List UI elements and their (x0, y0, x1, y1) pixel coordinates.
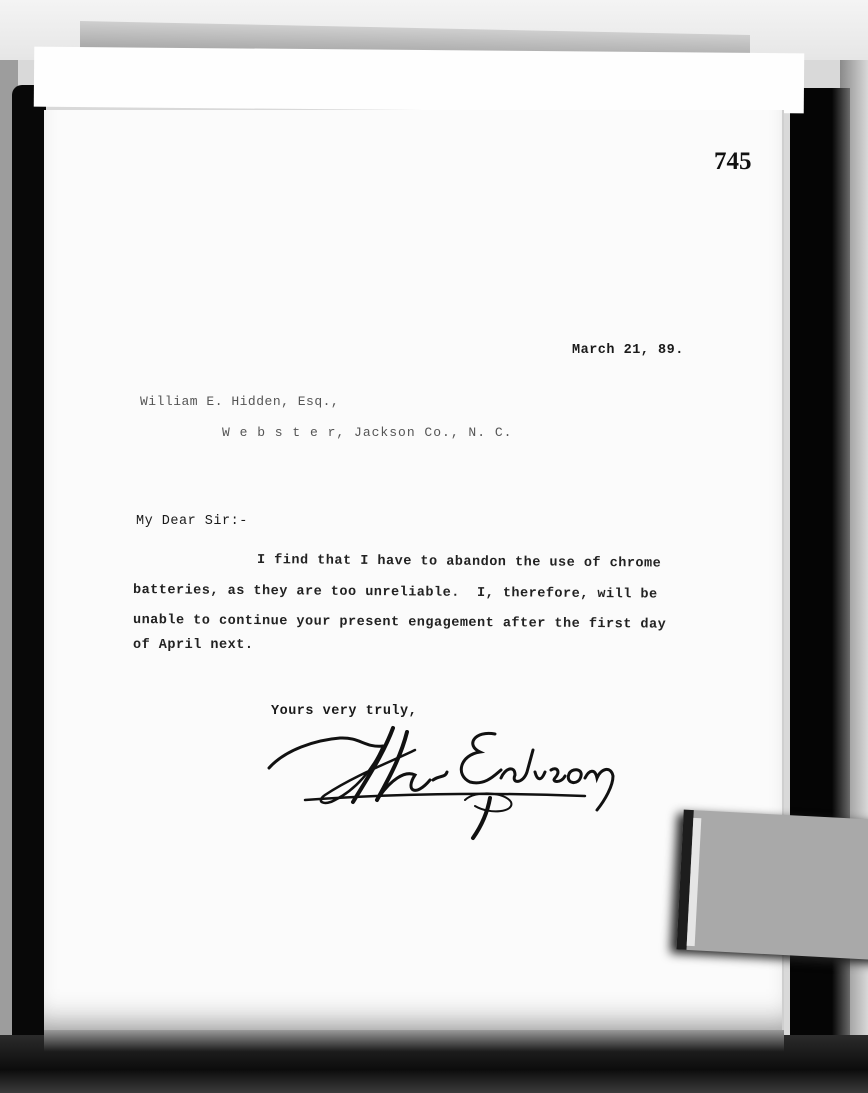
recipient-address: W e b s t e r, Jackson Co., N. C. (222, 425, 512, 440)
recipient-name: William E. Hidden, Esq., (140, 394, 339, 409)
closing: Yours very truly, (271, 704, 417, 719)
overlapping-sheet (34, 47, 804, 114)
signature-icon (265, 720, 625, 845)
page-number: 745 (714, 148, 752, 176)
binder-spine (12, 85, 46, 1050)
letter-date: March 21, 89. (572, 343, 684, 358)
cardboard-tab (676, 810, 868, 961)
letter-page (44, 110, 784, 1045)
salutation: My Dear Sir:- (136, 514, 248, 529)
page-bottom-edge (44, 1030, 784, 1052)
body-line: of April next. (133, 638, 253, 653)
